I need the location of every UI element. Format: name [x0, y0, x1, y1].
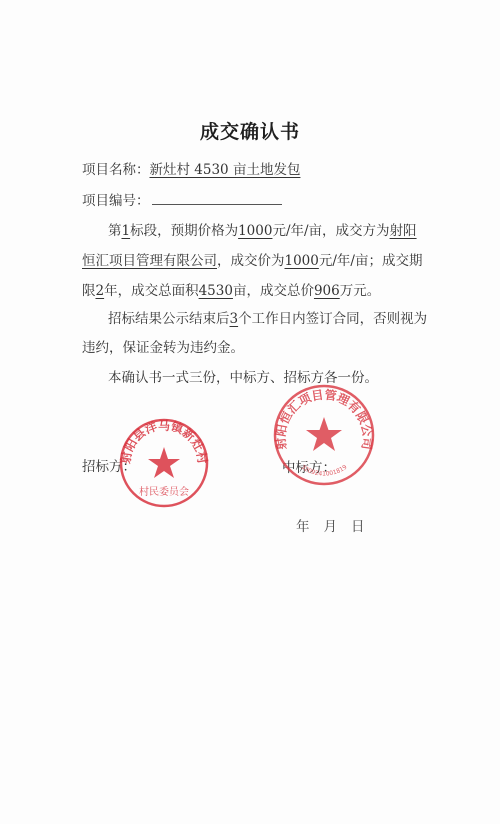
seal-code: 3209241001819 — [300, 464, 349, 478]
document-page: 成交确认书 项目名称：新灶村 4530 亩土地发包 项目编号： 第1标段，预期价… — [0, 0, 500, 824]
text: 元/年/亩；成交期 — [319, 253, 423, 269]
total-area: 4530 — [199, 283, 233, 299]
star-icon — [148, 447, 180, 478]
text: 年，成交总面积 — [104, 283, 199, 299]
para1-line3: 限2年，成交总面积4530亩，成交总价906万元。 — [82, 279, 380, 299]
text: 限 — [82, 283, 96, 299]
date-month: 月 — [324, 519, 338, 535]
para2-line1: 招标结果公示结束后3个工作日内签订合同，否则视为 — [108, 307, 427, 327]
project-number-line: 项目编号： — [82, 189, 282, 209]
project-name-line: 项目名称：新灶村 4530 亩土地发包 — [82, 158, 300, 178]
expected-price: 1000 — [238, 223, 272, 239]
document-title: 成交确认书 — [0, 117, 500, 144]
text: ，成交价为 — [217, 253, 285, 269]
village-committee-seal: 射阳县洋马镇新灶村 村民委员会 — [118, 417, 210, 509]
text: 万元。 — [340, 283, 381, 299]
company-seal: 射阳恒汇项目管理有限公司 3209241001819 — [272, 383, 376, 487]
total-price: 906 — [314, 283, 340, 299]
project-name-label: 项目名称： — [82, 162, 150, 178]
para2-line2: 违约，保证金转为违约金。 — [82, 336, 244, 356]
text: 亩，成交总价 — [233, 283, 314, 299]
project-number-blank — [152, 192, 282, 205]
para1-line1: 第1标段，预期价格为1000元/年/亩，成交方为射阳 — [108, 219, 417, 239]
date-day: 日 — [351, 519, 365, 535]
svg-text:3209241001819: 3209241001819 — [300, 464, 349, 478]
deal-price: 1000 — [285, 253, 319, 269]
text: 违约，保证金转为违约金。 — [82, 340, 244, 356]
signature-date: 年月日 — [296, 515, 379, 535]
project-number-label: 项目编号： — [82, 193, 150, 209]
seal-bottom-text: 村民委员会 — [139, 485, 189, 498]
star-icon — [306, 417, 342, 451]
winner-name-part1: 射阳 — [390, 223, 417, 239]
text: 第 — [108, 223, 122, 239]
date-year: 年 — [296, 519, 310, 535]
text: 个工作日内签订合同，否则视为 — [238, 311, 427, 327]
text: 元/年/亩，成交方为 — [272, 223, 389, 239]
project-name-value: 新灶村 4530 亩土地发包 — [150, 162, 301, 178]
term-years: 2 — [96, 283, 105, 299]
text: 招标结果公示结束后 — [108, 311, 230, 327]
section-number: 1 — [122, 223, 131, 239]
sign-days: 3 — [230, 311, 239, 327]
winner-name-part2: 恒汇项目管理有限公司 — [82, 253, 217, 269]
para1-line2: 恒汇项目管理有限公司，成交价为1000元/年/亩；成交期 — [82, 249, 422, 269]
text: 标段，预期价格为 — [130, 223, 238, 239]
